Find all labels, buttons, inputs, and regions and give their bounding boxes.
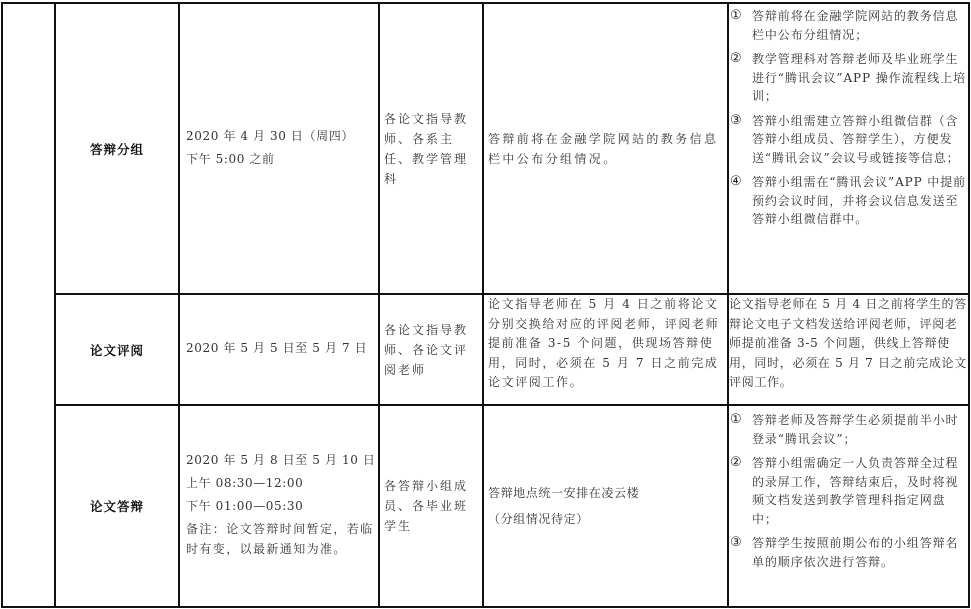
onsite-text: 答辩前将在金融学院网站的教务信息栏中公布分组情况。 [488,129,726,169]
list-item: ③答辩小组需建立答辩小组微信群（含答辩小组成员、答辩学生），方便发送“腾讯会议”… [730,112,968,168]
table-border [1,606,970,608]
list-item: ③答辩学生按照前期公布的小组答辩名单的顺序依次进行答辩。 [730,534,968,571]
onsite-cell: 答辩前将在金融学院网站的教务信息栏中公布分组情况。 [488,4,726,293]
table-border [482,2,484,608]
online-cell: 论文指导老师在 5 月 4 日之前将学生的答辩论文电子文档发送给评阅老师，评阅老… [729,295,969,404]
stage-cell: 论文答辩 [56,406,178,606]
item-text: 答辩小组需确定一人负责答辩全过程的录屏工作，答辩结束后，及时将视频文档发送到教学… [752,454,968,528]
table-border [378,2,380,608]
participants-cell: 各论文指导教师、各系主任、教学管理科 [384,4,480,293]
time-line: 下午 01:00—05:30 [186,496,376,516]
stage-label: 论文答辩 [90,497,144,515]
item-number: ③ [730,534,752,571]
list-item: ④答辩小组需在“腾讯会议”APP 中提前预约会议时间，并将会议信息发送至答辩小组… [730,173,968,229]
list-item: ②答辩小组需确定一人负责答辩全过程的录屏工作，答辩结束后，及时将视频文档发送到教… [730,454,968,528]
time-cell: 2020 年 4 月 30 日（周四） 下午 5:00 之前 [186,4,376,293]
item-number: ④ [730,173,752,229]
onsite-note: （分组情况待定） [488,509,726,529]
list-item: ①答辩前将在金融学院网站的教务信息栏中公布分组情况； [730,7,968,44]
time-line: 2020 年 4 月 30 日（周四） [186,126,376,146]
table-border [1,2,3,608]
time-line: 上午 08:30—12:00 [186,473,376,493]
item-number: ② [730,50,752,106]
stage-cell: 论文评阅 [56,295,178,404]
item-text: 答辩学生按照前期公布的小组答辩名单的顺序依次进行答辩。 [752,534,968,571]
item-number: ③ [730,112,752,168]
onsite-text: 答辩地点统一安排在凌云楼 [488,483,726,503]
list-item: ①答辩老师及答辩学生必须提前半小时登录“腾讯会议”； [730,411,968,448]
stage-label: 论文评阅 [90,341,144,359]
onsite-cell: 论文指导老师在 5 月 4 日之前将论文分别交换给对应的评阅老师，评阅老师提前准… [488,295,726,404]
participants-text: 各论文指导教师、各论文评阅老师 [384,320,480,380]
time-note: 备注：论文答辩时间暂定，若临时有变，以最新通知为准。 [186,519,376,559]
online-text: 论文指导老师在 5 月 4 日之前将学生的答辩论文电子文档发送给评阅老师，评阅老… [729,295,969,393]
item-text: 答辩老师及答辩学生必须提前半小时登录“腾讯会议”； [752,411,968,448]
onsite-cell: 答辩地点统一安排在凌云楼 （分组情况待定） [488,406,726,606]
stage-cell: 答辩分组 [56,4,178,293]
list-item: ②教学管理科对答辩老师及毕业班学生进行“腾讯会议”APP 操作流程线上培训； [730,50,968,106]
participants-text: 各答辩小组成员、各毕业班学生 [384,476,480,536]
table-border [178,2,180,608]
online-cell: ①答辩前将在金融学院网站的教务信息栏中公布分组情况； ②教学管理科对答辩老师及毕… [730,4,968,293]
time-line: 2020 年 5 月 8 日至 5 月 10 日 [186,450,376,470]
time-cell: 2020 年 5 月 8 日至 5 月 10 日 上午 08:30—12:00 … [186,406,376,606]
item-number: ① [730,7,752,44]
item-text: 教学管理科对答辩老师及毕业班学生进行“腾讯会议”APP 操作流程线上培训； [752,50,968,106]
participants-cell: 各答辩小组成员、各毕业班学生 [384,406,480,606]
item-text: 答辩小组需建立答辩小组微信群（含答辩小组成员、答辩学生），方便发送“腾讯会议”会… [752,112,968,168]
time-line: 2020 年 5 月 5 日至 5 月 7 日 [186,338,378,358]
stage-label: 答辩分组 [90,140,144,158]
item-text: 答辩前将在金融学院网站的教务信息栏中公布分组情况； [752,7,968,44]
time-cell: 2020 年 5 月 5 日至 5 月 7 日 [186,295,378,404]
time-line: 下午 5:00 之前 [186,149,376,169]
participants-text: 各论文指导教师、各系主任、教学管理科 [384,109,480,189]
item-number: ② [730,454,752,528]
item-text: 答辩小组需在“腾讯会议”APP 中提前预约会议时间，并将会议信息发送至答辩小组微… [752,173,968,229]
item-number: ① [730,411,752,448]
participants-cell: 各论文指导教师、各论文评阅老师 [384,295,480,404]
online-cell: ①答辩老师及答辩学生必须提前半小时登录“腾讯会议”； ②答辩小组需确定一人负责答… [730,408,968,606]
onsite-text: 论文指导老师在 5 月 4 日之前将论文分别交换给对应的评阅老师，评阅老师提前准… [488,295,726,393]
